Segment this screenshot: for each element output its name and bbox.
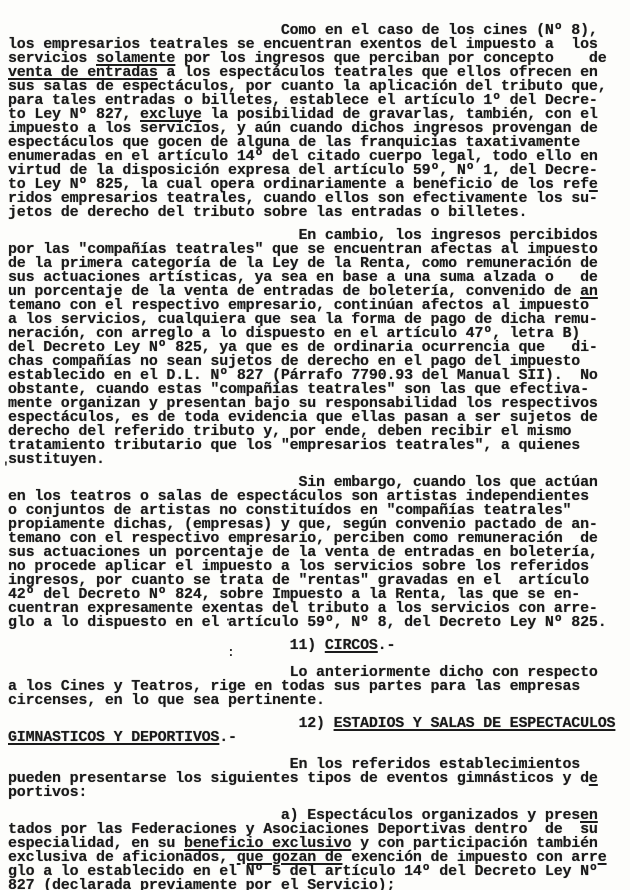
text-line: glo a lo dispuesto en el artículo 59º, N… — [8, 616, 630, 630]
text-line: portivos: — [8, 786, 630, 800]
paragraph-5: En los referidos establecimientospueden … — [8, 758, 630, 800]
heading-estadios: 12) ESTADIOS Y SALAS DE ESPECTACULOSGIMN… — [8, 717, 630, 745]
paragraph-6: a) Espectáculos organizados y presentado… — [8, 809, 630, 890]
scan-speck: : — [227, 645, 235, 660]
heading-circos: 11) CIRCOS.- — [8, 639, 630, 653]
paragraph-1: Como en el caso de los cines (Nº 8),los … — [8, 24, 630, 220]
underlined-text: ESTADIOS Y SALAS DE ESPECTACULOS — [334, 715, 616, 732]
underlined-text: CIRCOS — [325, 637, 378, 654]
underlined-text: e — [589, 770, 598, 787]
paragraph-3: Sin embargo, cuando los que actúanen los… — [8, 476, 630, 630]
text-line: jetos de derecho del tributo sobre las e… — [8, 206, 630, 220]
text-line: circenses, en lo que sea pertinente. — [8, 694, 630, 708]
document-page: Como en el caso de los cines (Nº 8),los … — [0, 0, 630, 890]
scan-speck: ' — [2, 460, 10, 475]
text-line: sustituyen. — [8, 453, 630, 467]
text-line: 11) CIRCOS.- — [8, 639, 630, 653]
underlined-text: GIMNASTICOS Y DEPORTIVOS — [8, 729, 219, 746]
text-line: GIMNASTICOS Y DEPORTIVOS.- — [8, 731, 630, 745]
underlined-text: e — [598, 849, 607, 866]
paragraph-2: En cambio, los ingresos percibidospor la… — [8, 229, 630, 467]
text-line: pueden presentarse los siguientes tipos … — [8, 772, 630, 786]
text-line: 827 (declarada previamente por el Servic… — [8, 879, 630, 890]
paragraph-4: Lo anteriormente dicho con respectoa los… — [8, 666, 630, 708]
scan-speck: · — [224, 612, 232, 627]
